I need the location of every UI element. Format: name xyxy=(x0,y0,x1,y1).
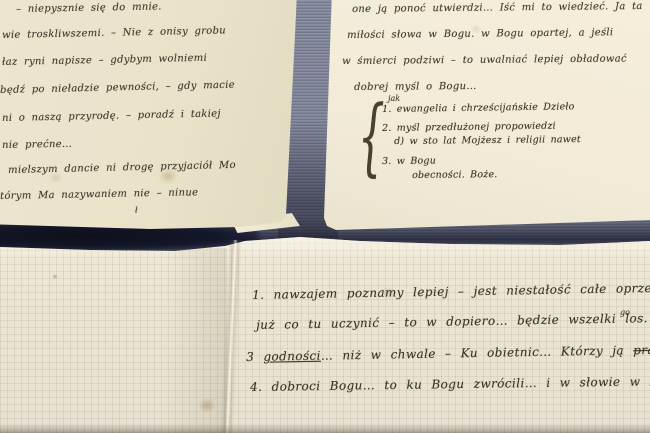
age-spot xyxy=(198,398,216,413)
handwritten-list-item: 3. w Bogu xyxy=(382,155,436,167)
manuscript-photo: – niepysznie się do mnie. wie troskliwsz… xyxy=(0,0,650,433)
handwritten-line: nie prećne… xyxy=(2,139,72,151)
list-brace: { xyxy=(358,96,385,176)
photo-bottom-shadow xyxy=(0,424,650,433)
notebook-double-page xyxy=(0,232,650,433)
line-number: 3 xyxy=(246,350,263,364)
interlinear-note: jak xyxy=(388,94,400,103)
underlined-word: godności xyxy=(263,349,321,364)
margin-note: go xyxy=(620,308,630,317)
strikethrough-word: pragnęły xyxy=(633,342,650,357)
gutter-shading xyxy=(165,248,227,433)
ink-speck xyxy=(52,274,58,279)
ink-mark: ł xyxy=(135,206,138,215)
handwritten-list-item: obecności. Boże. xyxy=(412,169,498,181)
handwritten-list-item: d) w sto lat Mojżesz i religii nawet xyxy=(394,134,581,147)
